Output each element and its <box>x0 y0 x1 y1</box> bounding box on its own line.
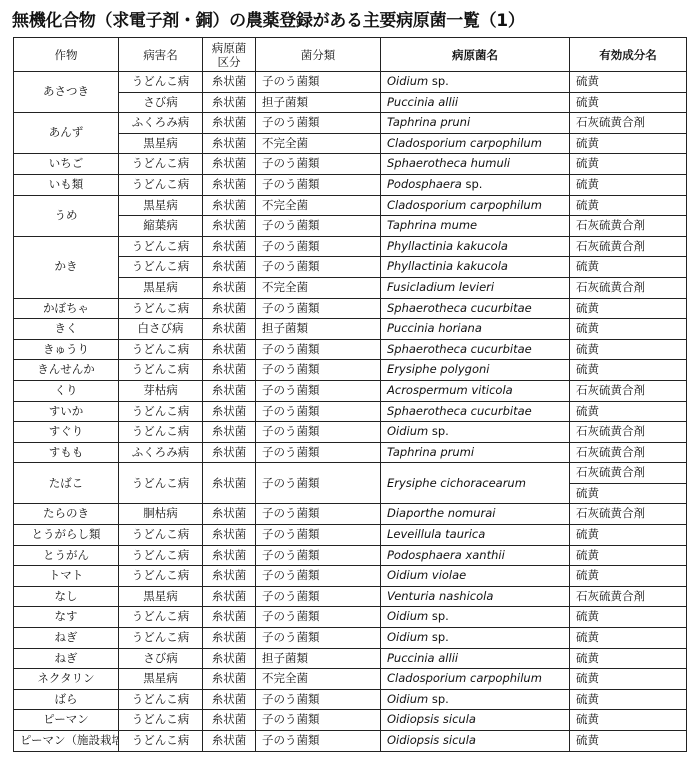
pathogen-name-cell: Sphaerotheca cucurbitae <box>381 339 570 360</box>
table-row: あんずふくろみ病糸状菌子のう菌類Taphrina pruni石灰硫黄合剤 <box>14 113 687 134</box>
crop-cell: くり <box>14 380 119 401</box>
table-row: うめ黒星病糸状菌不完全菌Cladosporium carpophilum硫黄 <box>14 195 687 216</box>
pathogen-name-cell: Diaporthe nomurai <box>381 504 570 525</box>
pathogen-name-cell: Oidium violae <box>381 566 570 587</box>
crop-cell: なし <box>14 586 119 607</box>
pathogen-name-cell: Acrospermum viticola <box>381 380 570 401</box>
fungus-class-cell: 子のう菌類 <box>256 689 381 710</box>
pathogen-name-cell: Oidium sp. <box>381 628 570 649</box>
pathogen-type-cell: 糸状菌 <box>203 586 256 607</box>
fungus-class-cell: 担子菌類 <box>256 319 381 340</box>
header-disease: 病害名 <box>119 38 203 72</box>
active-ingredient-cell: 石灰硫黄合剤 <box>570 113 687 134</box>
fungus-class-cell: 担子菌類 <box>256 92 381 113</box>
table-row: ばらうどんこ病糸状菌子のう菌類Oidium sp.硫黄 <box>14 689 687 710</box>
crop-cell: いも類 <box>14 174 119 195</box>
active-ingredient-cell: 石灰硫黄合剤 <box>570 422 687 443</box>
pathogen-type-cell: 糸状菌 <box>203 277 256 298</box>
disease-cell: うどんこ病 <box>119 525 203 546</box>
pathogen-type-cell: 糸状菌 <box>203 257 256 278</box>
pathogen-type-cell: 糸状菌 <box>203 298 256 319</box>
fungus-class-cell: 子のう菌類 <box>256 72 381 93</box>
table-body: あさつきうどんこ病糸状菌子のう菌類Oidium sp.硫黄さび病糸状菌担子菌類P… <box>14 72 687 752</box>
pathogen-type-cell: 糸状菌 <box>203 607 256 628</box>
active-ingredient-cell: 硫黄 <box>570 545 687 566</box>
active-ingredient-cell: 硫黄 <box>570 710 687 731</box>
pathogen-type-cell: 糸状菌 <box>203 422 256 443</box>
pathogen-type-cell: 糸状菌 <box>203 319 256 340</box>
crop-cell: いちご <box>14 154 119 175</box>
pathogen-type-cell: 糸状菌 <box>203 133 256 154</box>
disease-cell: うどんこ病 <box>119 422 203 443</box>
pathogen-genus: Taphrina mume <box>387 218 477 232</box>
pathogen-genus: Oidiopsis sicula <box>387 733 476 747</box>
crop-cell: きゅうり <box>14 339 119 360</box>
table-row: ねぎさび病糸状菌担子菌類Puccinia allii硫黄 <box>14 648 687 669</box>
pathogen-name-cell: Oidium sp. <box>381 607 570 628</box>
fungus-class-cell: 子のう菌類 <box>256 545 381 566</box>
active-ingredient-cell: 硫黄 <box>570 72 687 93</box>
fungus-class-cell: 子のう菌類 <box>256 216 381 237</box>
crop-cell: ピーマン <box>14 710 119 731</box>
pathogen-genus: Puccinia horiana <box>387 321 482 335</box>
pathogen-type-cell: 糸状菌 <box>203 154 256 175</box>
crop-cell: トマト <box>14 566 119 587</box>
active-ingredient-cell: 硫黄 <box>570 731 687 752</box>
pathogen-table: 作物 病害名 病原菌区分 菌分類 病原菌名 有効成分名 あさつきうどんこ病糸状菌… <box>13 37 687 752</box>
crop-cell: きく <box>14 319 119 340</box>
fungus-class-cell: 子のう菌類 <box>256 339 381 360</box>
crop-cell: たらのき <box>14 504 119 525</box>
fungus-class-cell: 子のう菌類 <box>256 257 381 278</box>
table-row: きゅうりうどんこ病糸状菌子のう菌類Sphaerotheca cucurbitae… <box>14 339 687 360</box>
pathogen-genus: Erysiphe cichoracearum <box>387 476 526 490</box>
pathogen-genus: Diaporthe nomurai <box>387 506 495 520</box>
pathogen-name-cell: Phyllactinia kakucola <box>381 257 570 278</box>
pathogen-type-cell: 糸状菌 <box>203 648 256 669</box>
pathogen-type-cell: 糸状菌 <box>203 401 256 422</box>
active-ingredient-cell: 石灰硫黄合剤 <box>570 277 687 298</box>
active-ingredient-cell: 硫黄 <box>570 174 687 195</box>
header-pathogen-name: 病原菌名 <box>381 38 570 72</box>
disease-cell: 黒星病 <box>119 195 203 216</box>
disease-cell: うどんこ病 <box>119 236 203 257</box>
pathogen-name-cell: Sphaerotheca humuli <box>381 154 570 175</box>
pathogen-genus: Cladosporium carpophilum <box>387 136 542 150</box>
pathogen-species: sp. <box>428 630 449 644</box>
pathogen-name-cell: Sphaerotheca cucurbitae <box>381 401 570 422</box>
disease-cell: 黒星病 <box>119 277 203 298</box>
pathogen-name-cell: Oidium sp. <box>381 72 570 93</box>
pathogen-genus: Sphaerotheca cucurbitae <box>387 301 532 315</box>
disease-cell: うどんこ病 <box>119 628 203 649</box>
table-row: なすうどんこ病糸状菌子のう菌類Oidium sp.硫黄 <box>14 607 687 628</box>
disease-cell: 胴枯病 <box>119 504 203 525</box>
pathogen-genus: Oidium <box>387 630 428 644</box>
active-ingredient-cell: 石灰硫黄合剤 <box>570 442 687 463</box>
pathogen-genus: Sphaerotheca cucurbitae <box>387 342 532 356</box>
disease-cell: うどんこ病 <box>119 339 203 360</box>
pathogen-genus: Cladosporium carpophilum <box>387 198 542 212</box>
pathogen-genus: Cladosporium carpophilum <box>387 671 542 685</box>
disease-cell: うどんこ病 <box>119 360 203 381</box>
pathogen-genus: Puccinia allii <box>387 651 458 665</box>
table-row: くり芽枯病糸状菌子のう菌類Acrospermum viticola石灰硫黄合剤 <box>14 380 687 401</box>
crop-cell: ピーマン（施設栽培） <box>14 731 119 752</box>
crop-cell: ばら <box>14 689 119 710</box>
pathogen-genus: Podosphaera xanthii <box>387 548 505 562</box>
fungus-class-cell: 不完全菌 <box>256 277 381 298</box>
pathogen-name-cell: Cladosporium carpophilum <box>381 133 570 154</box>
pathogen-genus: Phyllactinia kakucola <box>387 239 508 253</box>
pathogen-genus: Erysiphe polygoni <box>387 362 489 376</box>
table-row: すぐりうどんこ病糸状菌子のう菌類Oidium sp.石灰硫黄合剤 <box>14 422 687 443</box>
pathogen-name-cell: Taphrina mume <box>381 216 570 237</box>
pathogen-name-cell: Phyllactinia kakucola <box>381 236 570 257</box>
fungus-class-cell: 子のう菌類 <box>256 401 381 422</box>
table-row: すももふくろみ病糸状菌子のう菌類Taphrina prumi石灰硫黄合剤 <box>14 442 687 463</box>
fungus-class-cell: 子のう菌類 <box>256 504 381 525</box>
fungus-class-cell: 不完全菌 <box>256 133 381 154</box>
active-ingredient-cell: 硫黄 <box>570 257 687 278</box>
header-crop: 作物 <box>14 38 119 72</box>
pathogen-name-cell: Oidiopsis sicula <box>381 731 570 752</box>
fungus-class-cell: 子のう菌類 <box>256 586 381 607</box>
pathogen-genus: Taphrina pruni <box>387 115 470 129</box>
pathogen-type-cell: 糸状菌 <box>203 236 256 257</box>
crop-cell: とうがらし類 <box>14 525 119 546</box>
table-row: とうがらし類うどんこ病糸状菌子のう菌類Leveillula taurica硫黄 <box>14 525 687 546</box>
pathogen-type-cell: 糸状菌 <box>203 504 256 525</box>
fungus-class-cell: 子のう菌類 <box>256 422 381 443</box>
fungus-class-cell: 担子菌類 <box>256 648 381 669</box>
pathogen-name-cell: Erysiphe cichoracearum <box>381 463 570 504</box>
disease-cell: うどんこ病 <box>119 174 203 195</box>
pathogen-type-cell: 糸状菌 <box>203 92 256 113</box>
active-ingredient-cell: 硫黄 <box>570 298 687 319</box>
crop-cell: あんず <box>14 113 119 154</box>
pathogen-name-cell: Podosphaera xanthii <box>381 545 570 566</box>
pathogen-type-cell: 糸状菌 <box>203 525 256 546</box>
crop-cell: かき <box>14 236 119 298</box>
active-ingredient-cell: 硫黄 <box>570 607 687 628</box>
pathogen-name-cell: Cladosporium carpophilum <box>381 195 570 216</box>
disease-cell: 白さび病 <box>119 319 203 340</box>
pathogen-name-cell: Puccinia allii <box>381 648 570 669</box>
disease-cell: うどんこ病 <box>119 566 203 587</box>
pathogen-genus: Oidium <box>387 692 428 706</box>
pathogen-type-cell: 糸状菌 <box>203 216 256 237</box>
pathogen-genus: Sphaerotheca humuli <box>387 156 510 170</box>
active-ingredient-cell: 硫黄 <box>570 628 687 649</box>
pathogen-genus: Oidiopsis sicula <box>387 712 476 726</box>
table-row: ピーマンうどんこ病糸状菌子のう菌類Oidiopsis sicula硫黄 <box>14 710 687 731</box>
active-ingredient-cell: 硫黄 <box>570 483 687 504</box>
active-ingredient-cell: 硫黄 <box>570 648 687 669</box>
active-ingredient-cell: 石灰硫黄合剤 <box>570 236 687 257</box>
disease-cell: うどんこ病 <box>119 689 203 710</box>
active-ingredient-cell: 石灰硫黄合剤 <box>570 463 687 484</box>
active-ingredient-cell: 硫黄 <box>570 401 687 422</box>
active-ingredient-cell: 硫黄 <box>570 525 687 546</box>
pathogen-type-cell: 糸状菌 <box>203 339 256 360</box>
active-ingredient-cell: 硫黄 <box>570 689 687 710</box>
header-fungus-class: 菌分類 <box>256 38 381 72</box>
pathogen-genus: Acrospermum viticola <box>387 383 513 397</box>
pathogen-name-cell: Oidium sp. <box>381 689 570 710</box>
pathogen-species: sp. <box>428 424 449 438</box>
active-ingredient-cell: 石灰硫黄合剤 <box>570 380 687 401</box>
pathogen-type-cell: 糸状菌 <box>203 689 256 710</box>
disease-cell: うどんこ病 <box>119 298 203 319</box>
pathogen-genus: Leveillula taurica <box>387 527 485 541</box>
disease-cell: 縮葉病 <box>119 216 203 237</box>
disease-cell: うどんこ病 <box>119 154 203 175</box>
pathogen-type-cell: 糸状菌 <box>203 113 256 134</box>
pathogen-type-cell: 糸状菌 <box>203 731 256 752</box>
table-row: かきうどんこ病糸状菌子のう菌類Phyllactinia kakucola石灰硫黄… <box>14 236 687 257</box>
crop-cell: うめ <box>14 195 119 236</box>
pathogen-genus: Oidium violae <box>387 568 466 582</box>
page-title: 無機化合物（求電子剤・銅）の農薬登録がある主要病原菌一覧（1） <box>12 6 525 31</box>
pathogen-name-cell: Puccinia horiana <box>381 319 570 340</box>
header-row: 作物 病害名 病原菌区分 菌分類 病原菌名 有効成分名 <box>14 38 687 72</box>
fungus-class-cell: 子のう菌類 <box>256 607 381 628</box>
table-row: きんせんかうどんこ病糸状菌子のう菌類Erysiphe polygoni硫黄 <box>14 360 687 381</box>
pathogen-type-cell: 糸状菌 <box>203 442 256 463</box>
pathogen-name-cell: Puccinia allii <box>381 92 570 113</box>
pathogen-genus: Oidium <box>387 74 428 88</box>
crop-cell: なす <box>14 607 119 628</box>
pathogen-type-cell: 糸状菌 <box>203 566 256 587</box>
pathogen-name-cell: Taphrina prumi <box>381 442 570 463</box>
header-pathogen-type: 病原菌区分 <box>203 38 256 72</box>
active-ingredient-cell: 硫黄 <box>570 566 687 587</box>
active-ingredient-cell: 硫黄 <box>570 319 687 340</box>
active-ingredient-cell: 石灰硫黄合剤 <box>570 216 687 237</box>
crop-cell: きんせんか <box>14 360 119 381</box>
disease-cell: さび病 <box>119 648 203 669</box>
disease-cell: ふくろみ病 <box>119 113 203 134</box>
disease-cell: うどんこ病 <box>119 545 203 566</box>
pathogen-name-cell: Venturia nashicola <box>381 586 570 607</box>
pathogen-species: sp. <box>428 692 449 706</box>
pathogen-name-cell: Oidiopsis sicula <box>381 710 570 731</box>
fungus-class-cell: 子のう菌類 <box>256 731 381 752</box>
crop-cell: すもも <box>14 442 119 463</box>
pathogen-name-cell: Podosphaera sp. <box>381 174 570 195</box>
pathogen-genus: Phyllactinia kakucola <box>387 259 508 273</box>
active-ingredient-cell: 石灰硫黄合剤 <box>570 504 687 525</box>
active-ingredient-cell: 硫黄 <box>570 195 687 216</box>
fungus-class-cell: 子のう菌類 <box>256 463 381 504</box>
crop-cell: すいか <box>14 401 119 422</box>
active-ingredient-cell: 硫黄 <box>570 339 687 360</box>
disease-cell: 芽枯病 <box>119 380 203 401</box>
pathogen-genus: Puccinia allii <box>387 95 458 109</box>
fungus-class-cell: 子のう菌類 <box>256 566 381 587</box>
pathogen-type-cell: 糸状菌 <box>203 669 256 690</box>
table-row: たばこうどんこ病糸状菌子のう菌類Erysiphe cichoracearum石灰… <box>14 463 687 484</box>
pathogen-species: sp. <box>428 609 449 623</box>
table-row: すいかうどんこ病糸状菌子のう菌類Sphaerotheca cucurbitae硫… <box>14 401 687 422</box>
fungus-class-cell: 子のう菌類 <box>256 628 381 649</box>
crop-cell: すぐり <box>14 422 119 443</box>
pathogen-genus: Oidium <box>387 424 428 438</box>
pathogen-name-cell: Taphrina pruni <box>381 113 570 134</box>
pathogen-type-cell: 糸状菌 <box>203 72 256 93</box>
disease-cell: うどんこ病 <box>119 72 203 93</box>
fungus-class-cell: 子のう菌類 <box>256 525 381 546</box>
pathogen-type-cell: 糸状菌 <box>203 195 256 216</box>
crop-cell: かぼちゃ <box>14 298 119 319</box>
active-ingredient-cell: 硫黄 <box>570 360 687 381</box>
active-ingredient-cell: 硫黄 <box>570 92 687 113</box>
fungus-class-cell: 子のう菌類 <box>256 174 381 195</box>
pathogen-genus: Venturia nashicola <box>387 589 493 603</box>
pathogen-name-cell: Erysiphe polygoni <box>381 360 570 381</box>
pathogen-type-cell: 糸状菌 <box>203 463 256 504</box>
fungus-class-cell: 子のう菌類 <box>256 710 381 731</box>
pathogen-name-cell: Leveillula taurica <box>381 525 570 546</box>
crop-cell: たばこ <box>14 463 119 504</box>
disease-cell: うどんこ病 <box>119 710 203 731</box>
disease-cell: 黒星病 <box>119 586 203 607</box>
table-row: ねぎうどんこ病糸状菌子のう菌類Oidium sp.硫黄 <box>14 628 687 649</box>
pathogen-type-cell: 糸状菌 <box>203 360 256 381</box>
table-row: あさつきうどんこ病糸状菌子のう菌類Oidium sp.硫黄 <box>14 72 687 93</box>
pathogen-genus: Fusicladium levieri <box>387 280 494 294</box>
pathogen-name-cell: Oidium sp. <box>381 422 570 443</box>
active-ingredient-cell: 硫黄 <box>570 133 687 154</box>
table-row: なし黒星病糸状菌子のう菌類Venturia nashicola石灰硫黄合剤 <box>14 586 687 607</box>
pathogen-type-cell: 糸状菌 <box>203 628 256 649</box>
table-row: ネクタリン黒星病糸状菌不完全菌Cladosporium carpophilum硫… <box>14 669 687 690</box>
active-ingredient-cell: 硫黄 <box>570 154 687 175</box>
fungus-class-cell: 子のう菌類 <box>256 154 381 175</box>
fungus-class-cell: 子のう菌類 <box>256 360 381 381</box>
pathogen-species: sp. <box>428 74 449 88</box>
header-active-ingredient: 有効成分名 <box>570 38 687 72</box>
fungus-class-cell: 不完全菌 <box>256 669 381 690</box>
disease-cell: さび病 <box>119 92 203 113</box>
table-row: とうがんうどんこ病糸状菌子のう菌類Podosphaera xanthii硫黄 <box>14 545 687 566</box>
pathogen-name-cell: Fusicladium levieri <box>381 277 570 298</box>
disease-cell: うどんこ病 <box>119 257 203 278</box>
table-row: きく白さび病糸状菌担子菌類Puccinia horiana硫黄 <box>14 319 687 340</box>
table-row: かぼちゃうどんこ病糸状菌子のう菌類Sphaerotheca cucurbitae… <box>14 298 687 319</box>
disease-cell: 黒星病 <box>119 133 203 154</box>
disease-cell: うどんこ病 <box>119 607 203 628</box>
active-ingredient-cell: 硫黄 <box>570 669 687 690</box>
pathogen-species: sp. <box>462 177 483 191</box>
fungus-class-cell: 子のう菌類 <box>256 298 381 319</box>
disease-cell: うどんこ病 <box>119 463 203 504</box>
fungus-class-cell: 不完全菌 <box>256 195 381 216</box>
table-row: ピーマン（施設栽培）うどんこ病糸状菌子のう菌類Oidiopsis sicula硫… <box>14 731 687 752</box>
disease-cell: うどんこ病 <box>119 731 203 752</box>
table-row: いちごうどんこ病糸状菌子のう菌類Sphaerotheca humuli硫黄 <box>14 154 687 175</box>
fungus-class-cell: 子のう菌類 <box>256 236 381 257</box>
crop-cell: とうがん <box>14 545 119 566</box>
fungus-class-cell: 子のう菌類 <box>256 442 381 463</box>
crop-cell: あさつき <box>14 72 119 113</box>
active-ingredient-cell: 石灰硫黄合剤 <box>570 586 687 607</box>
pathogen-name-cell: Cladosporium carpophilum <box>381 669 570 690</box>
pathogen-genus: Sphaerotheca cucurbitae <box>387 404 532 418</box>
pathogen-type-cell: 糸状菌 <box>203 710 256 731</box>
pathogen-type-cell: 糸状菌 <box>203 545 256 566</box>
table-row: いも類うどんこ病糸状菌子のう菌類Podosphaera sp.硫黄 <box>14 174 687 195</box>
disease-cell: 黒星病 <box>119 669 203 690</box>
crop-cell: ねぎ <box>14 628 119 649</box>
crop-cell: ネクタリン <box>14 669 119 690</box>
table-row: たらのき胴枯病糸状菌子のう菌類Diaporthe nomurai石灰硫黄合剤 <box>14 504 687 525</box>
fungus-class-cell: 子のう菌類 <box>256 113 381 134</box>
disease-cell: うどんこ病 <box>119 401 203 422</box>
pathogen-name-cell: Sphaerotheca cucurbitae <box>381 298 570 319</box>
pathogen-type-cell: 糸状菌 <box>203 380 256 401</box>
table-row: トマトうどんこ病糸状菌子のう菌類Oidium violae硫黄 <box>14 566 687 587</box>
pathogen-genus: Podosphaera <box>387 177 462 191</box>
pathogen-type-cell: 糸状菌 <box>203 174 256 195</box>
pathogen-genus: Taphrina prumi <box>387 445 474 459</box>
fungus-class-cell: 子のう菌類 <box>256 380 381 401</box>
crop-cell: ねぎ <box>14 648 119 669</box>
disease-cell: ふくろみ病 <box>119 442 203 463</box>
pathogen-genus: Oidium <box>387 609 428 623</box>
